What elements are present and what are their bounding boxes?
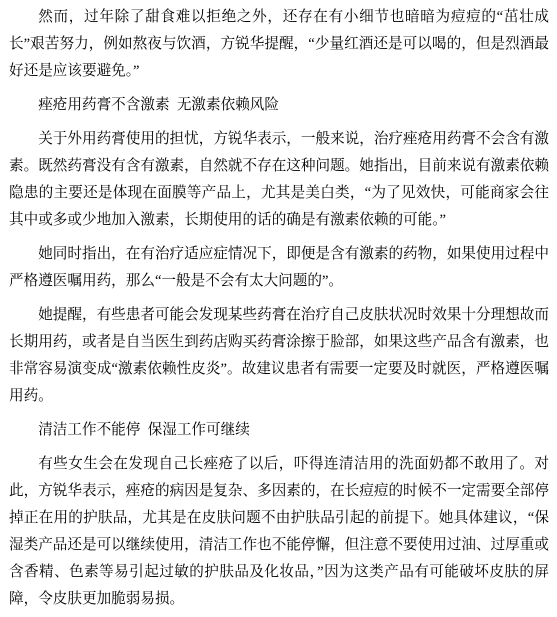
paragraph-follow-doctor-advice: 她同时指出，在有治疗适应症情况下，即便是含有激素的药物，如果使用过程中严格遵医嘱… [9, 241, 549, 295]
section-heading-cleansing-moisturizing: 清洁工作不能停 保湿工作可继续 [9, 417, 549, 444]
paragraph-diet-alcohol: 然而，过年除了甜食难以拒绝之外，还存在有小细节也暗暗为痘痘的“茁壮成长”艰苦努力… [9, 4, 549, 85]
paragraph-hormone-dependence-warning: 她提醒，有些患者可能会发现某些药膏在治疗自己皮肤状况时效果十分理想故而长期用药，… [9, 302, 549, 410]
paragraph-ointment-concern: 关于外用药膏使用的担忧，方锐华表示，一般来说，治疗痤疮用药膏不会含有激素。既然药… [9, 126, 549, 234]
section-heading-ointment-no-hormone: 痤疮用药膏不含激素 无激素依赖风险 [9, 92, 549, 119]
article-page: 然而，过年除了甜食难以拒绝之外，还存在有小细节也暗暗为痘痘的“茁壮成长”艰苦努力… [0, 0, 557, 617]
paragraph-skincare-continue: 有些女生会在发现自己长痤疮了以后，吓得连清洁用的洗面奶都不敢用了。对此，方锐华表… [9, 451, 549, 613]
